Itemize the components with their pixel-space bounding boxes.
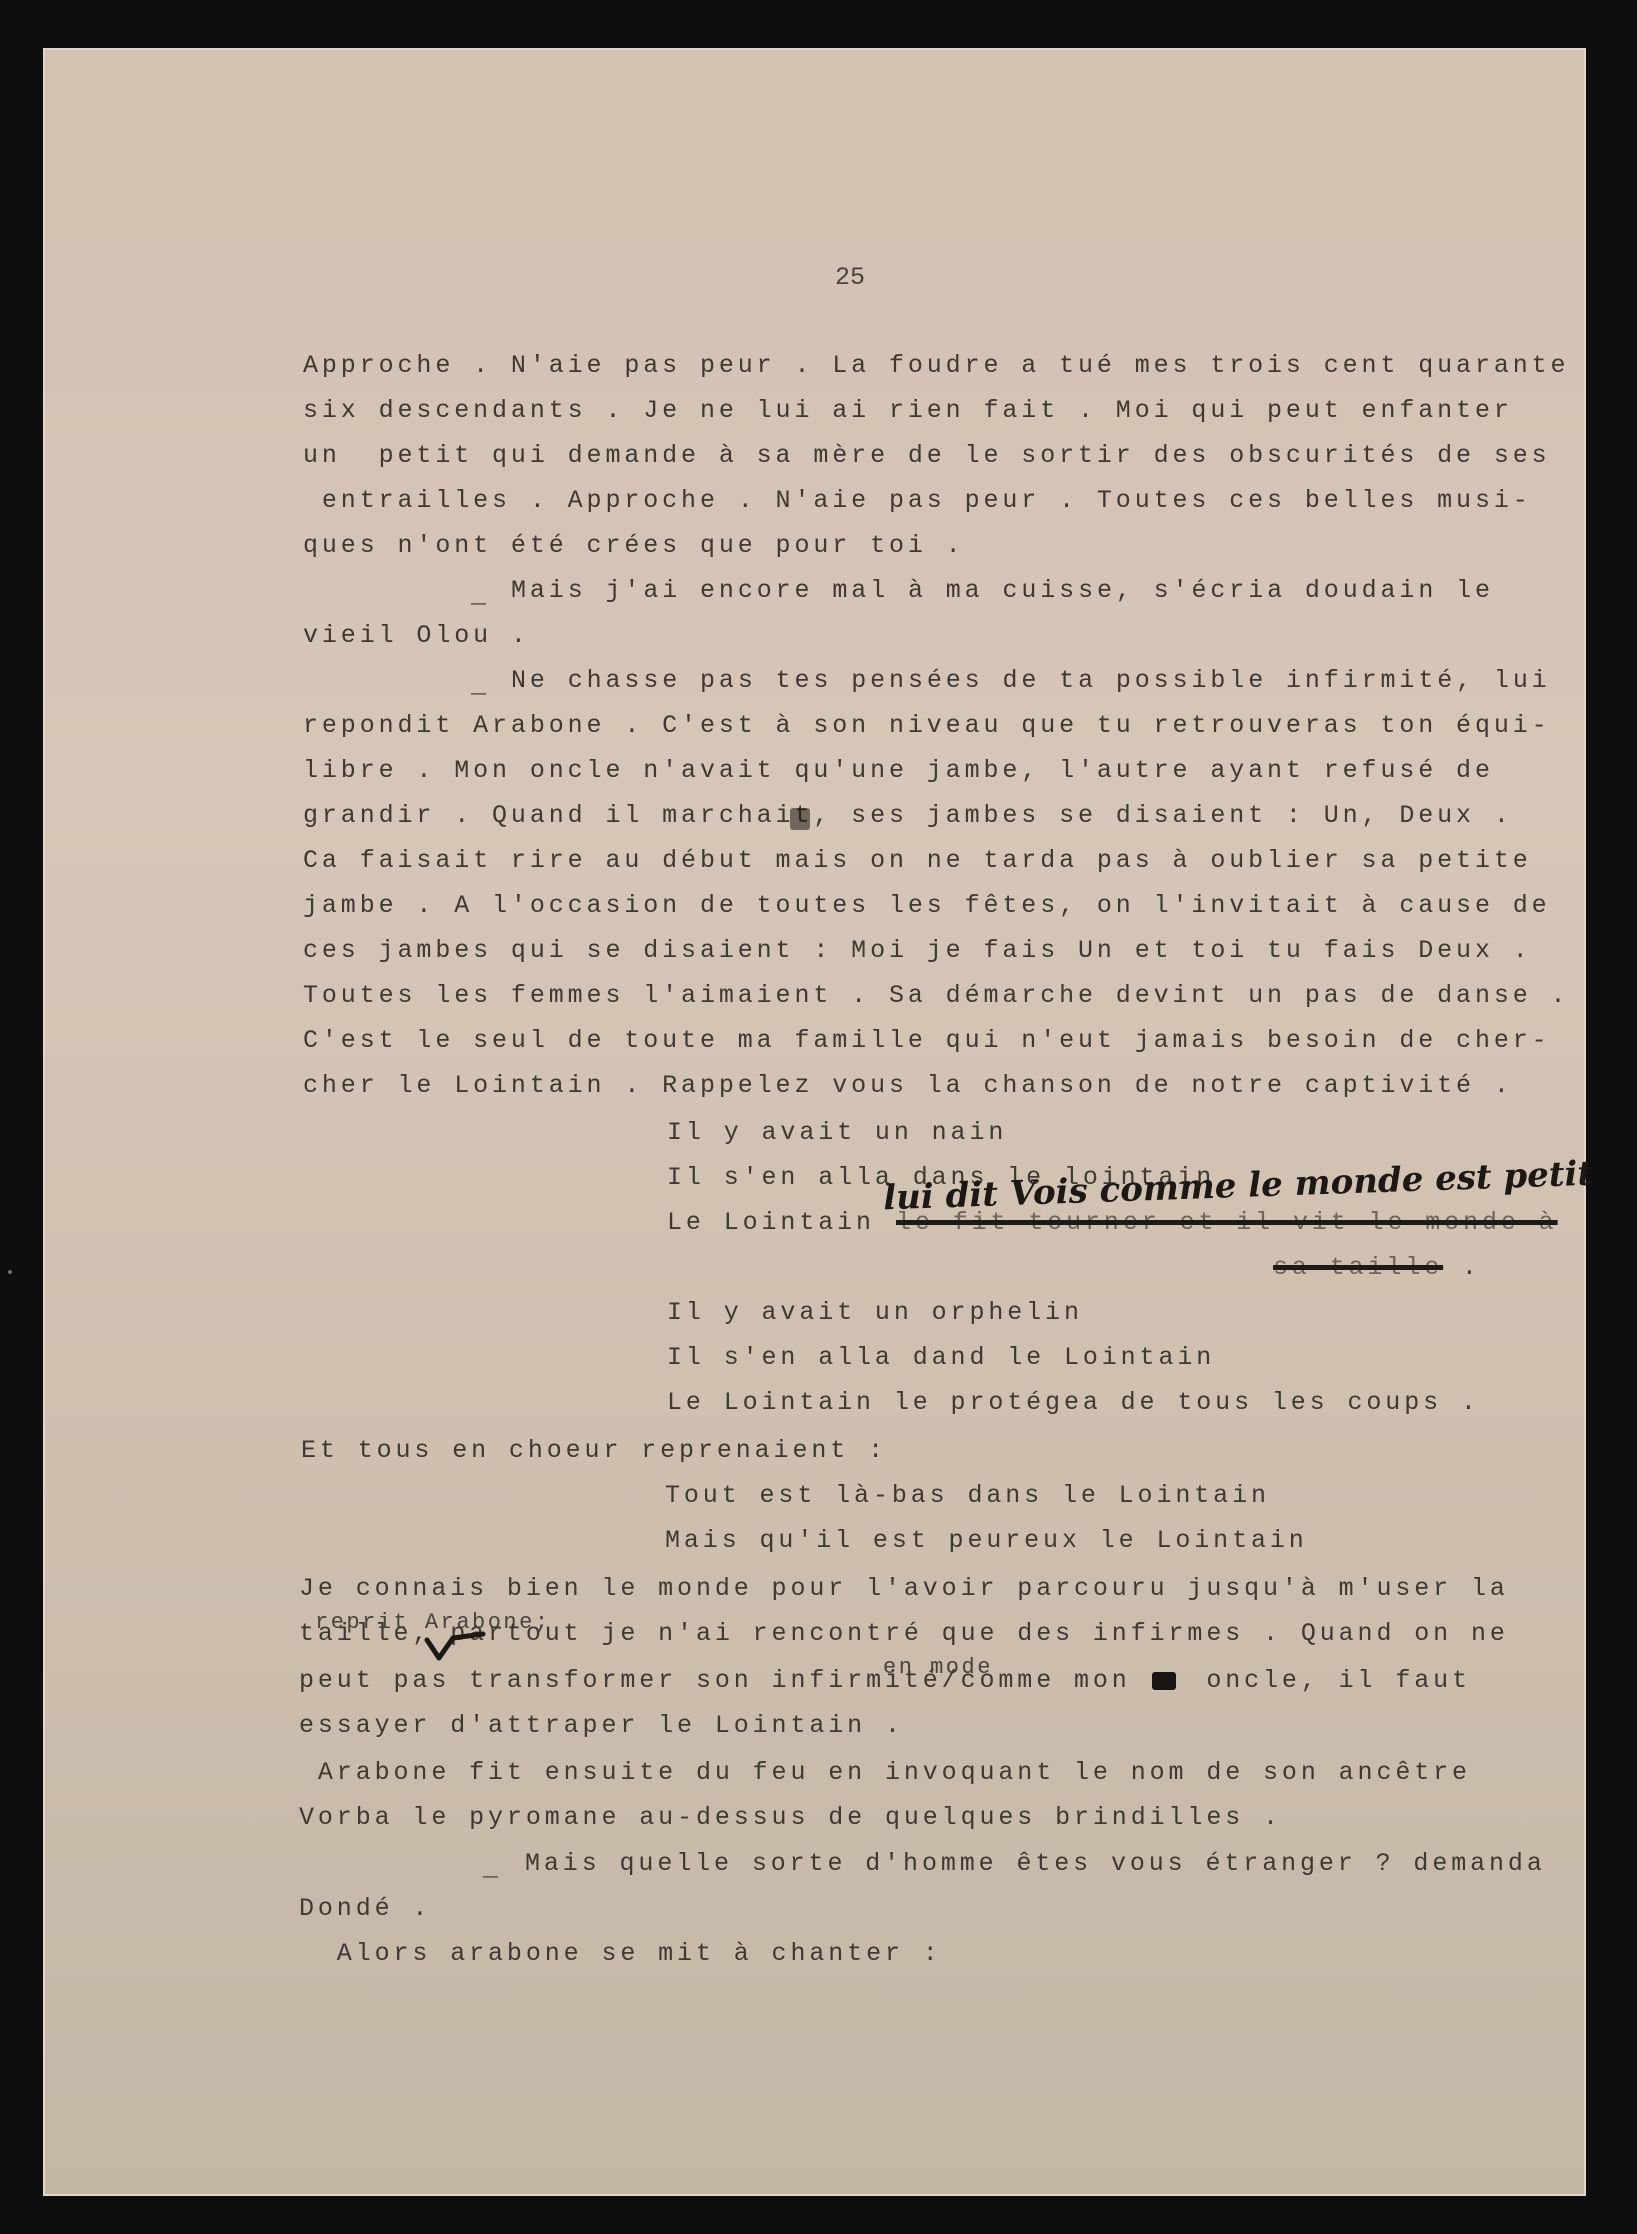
song-line: Tout est là-bas dans le Lointain	[665, 1483, 1270, 1508]
text-line: Ca faisait rire au début mais on ne tard…	[303, 848, 1532, 873]
text-line: jambe . A l'occasion de toutes les fêtes…	[303, 893, 1551, 918]
song-line: Il s'en alla dand le Lointain	[667, 1345, 1215, 1370]
text-line: Dondé .	[299, 1896, 431, 1921]
dialogue-dash: _	[483, 1856, 502, 1881]
dust-speck	[8, 1270, 12, 1274]
text-line: grandir . Quand il marchait, ses jambes …	[303, 803, 1513, 828]
ink-blot	[1152, 1672, 1176, 1690]
text-line: Je connais bien le monde pour l'avoir pa…	[299, 1576, 1509, 1601]
text-line: ques n'ont été crées que pour toi .	[303, 533, 965, 558]
struck-text: sa taille	[1273, 1255, 1443, 1280]
page-number: 25	[835, 263, 865, 292]
text-line: Alors arabone se mit à chanter :	[299, 1941, 942, 1966]
text-line: repondit Arabone . C'est à son niveau qu…	[303, 713, 1551, 738]
text-line: six descendants . Je ne lui ai rien fait…	[303, 398, 1513, 423]
text-line: vieil Olou .	[303, 623, 530, 648]
text-line: C'est le seul de toute ma famille qui n'…	[303, 1028, 1551, 1053]
text-line: Toutes les femmes l'aimaient . Sa démarc…	[303, 983, 1569, 1008]
dialogue-dash: _	[471, 583, 490, 608]
text-line: Ne chasse pas tes pensées de ta possible…	[511, 668, 1551, 693]
song-line: Le Lointain le protégea de tous les coup…	[667, 1390, 1480, 1415]
text-line: entrailles . Approche . N'aie pas peur .…	[303, 488, 1532, 513]
text-line: un petit qui demande à sa mère de le sor…	[303, 443, 1551, 468]
insertion-caret-icon	[423, 1628, 493, 1668]
text-line: ces jambes qui se disaient : Moi je fais…	[303, 938, 1532, 963]
text-line: libre . Mon oncle n'avait qu'une jambe, …	[303, 758, 1494, 783]
text-line: Mais j'ai encore mal à ma cuisse, s'écri…	[511, 578, 1494, 603]
text-line: Approche . N'aie pas peur . La foudre a …	[303, 353, 1569, 378]
dialogue-dash: _	[471, 673, 490, 698]
song-line: Il y avait un orphelin	[667, 1300, 1083, 1325]
text-line: Arabone fit ensuite du feu en invoquant …	[299, 1760, 1471, 1785]
song-line: Mais qu'il est peureux le Lointain	[665, 1528, 1308, 1553]
text-line: Et tous en choeur reprenaient :	[301, 1438, 887, 1463]
typed-manuscript-page: 25 Approche . N'aie pas peur . La foudre…	[43, 48, 1586, 2196]
text-line: Mais quelle sorte d'homme êtes vous étra…	[525, 1851, 1546, 1876]
song-line: Le Lointain	[667, 1210, 894, 1235]
text-line: Vorba le pyromane au-dessus de quelques …	[299, 1805, 1282, 1830]
overtype-mark	[790, 808, 810, 830]
text-line: peut pas transformer son infirmité/comme…	[299, 1668, 1471, 1693]
text-line: .	[1443, 1255, 1481, 1280]
song-line: Il y avait un nain	[667, 1120, 1007, 1145]
text-line: essayer d'attraper le Lointain .	[299, 1713, 904, 1738]
text-line: cher le Lointain . Rappelez vous la chan…	[303, 1073, 1513, 1098]
